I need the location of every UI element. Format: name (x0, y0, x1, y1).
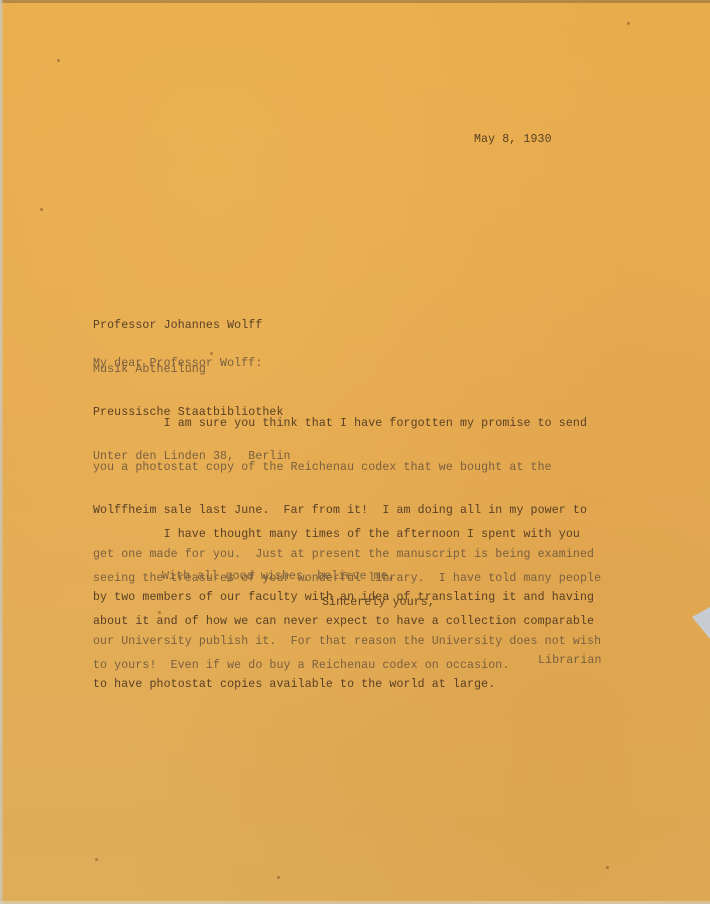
letter-page: May 8, 1930 Professor Johannes Wolff Mus… (0, 0, 710, 904)
signature-title: Librarian (538, 654, 602, 669)
salutation: My dear Professor Wolff: (93, 357, 262, 372)
closing-line: With all good wishes, believe me, (162, 570, 395, 585)
paper-spot (277, 876, 280, 879)
torn-corner (692, 607, 710, 639)
letter-date: May 8, 1930 (474, 133, 552, 148)
paper-top-edge (0, 0, 710, 3)
address-line: Professor Johannes Wolff (93, 319, 291, 334)
paragraph-line: about it and of how we can never expect … (93, 615, 601, 630)
paper-spot (606, 866, 609, 869)
paragraph-line: I have thought many times of the afterno… (93, 528, 601, 543)
paragraph-line: to yours! Even if we do buy a Reichenau … (93, 659, 601, 674)
paper-spot (40, 208, 43, 211)
paper-spot (57, 59, 60, 62)
signoff: Sincerely yours, (322, 596, 435, 611)
paper-spot (95, 858, 98, 861)
paragraph-line: I am sure you think that I have forgotte… (93, 417, 601, 432)
paper-left-edge (0, 0, 4, 904)
paragraph-line: you a photostat copy of the Reichenau co… (93, 461, 601, 476)
paper-spot (627, 22, 630, 25)
